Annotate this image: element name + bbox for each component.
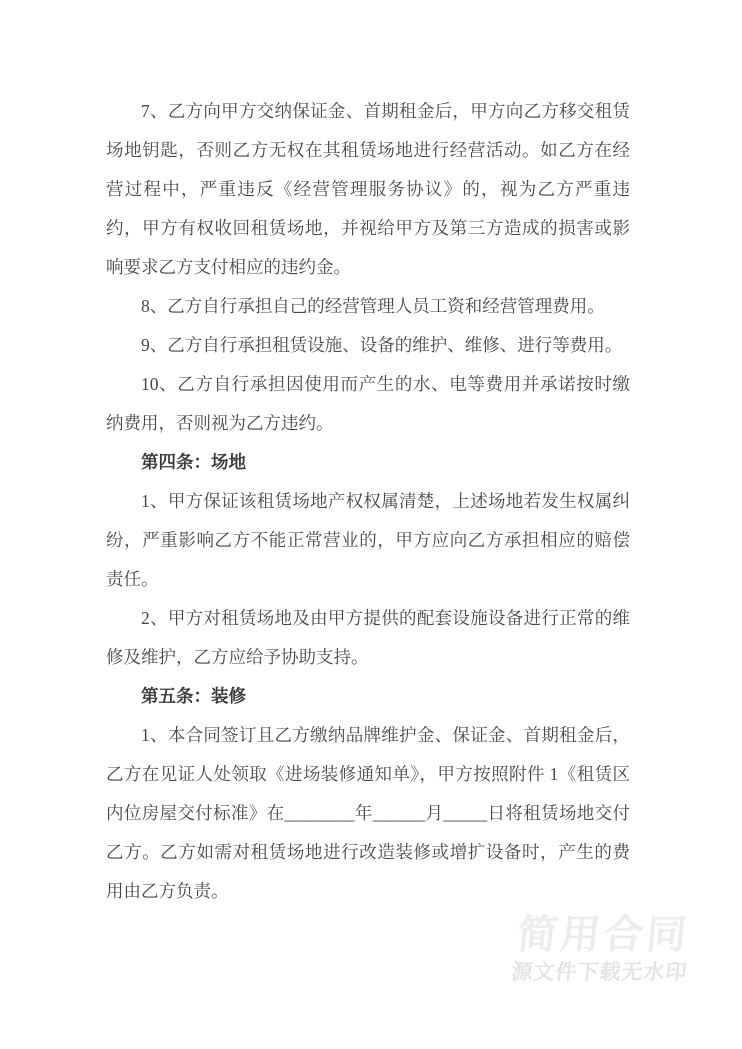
clause-7: 7、乙方向甲方交纳保证金、首期租金后，甲方向乙方移交租赁场地钥匙，否则乙方无权在… [106,92,630,287]
clause-10: 10、乙方自行承担因使用而产生的水、电等费用并承诺按时缴纳费用，否则视为乙方违约… [106,365,630,443]
clause-9: 9、乙方自行承担租赁设施、设备的维护、维修、进行等费用。 [106,326,630,365]
clause-8: 8、乙方自行承担自己的经营管理人员工资和经营管理费用。 [106,287,630,326]
contract-body: 7、乙方向甲方交纳保证金、首期租金后，甲方向乙方移交租赁场地钥匙，否则乙方无权在… [106,92,630,911]
heading-article-5: 第五条：装修 [106,677,630,716]
article4-clause-2: 2、甲方对租赁场地及由甲方提供的配套设施设备进行正常的维修及维护，乙方应给予协助… [106,599,630,677]
watermark: 简用合同 源文件下载无水印 [498,912,706,985]
article4-clause-1: 1、甲方保证该租赁场地产权权属清楚，上述场地若发生权属纠纷，严重影响乙方不能正常… [106,482,630,599]
article5-clause-1: 1、本合同签订且乙方缴纳品牌维护金、保证金、首期租金后，乙方在见证人处领取《进场… [106,716,630,911]
watermark-subtitle: 源文件下载无水印 [498,961,701,985]
watermark-logo-text: 简用合同 [501,912,706,958]
heading-article-4: 第四条：场地 [106,443,630,482]
contract-page: 7、乙方向甲方交纳保证金、首期租金后，甲方向乙方移交租赁场地钥匙，否则乙方无权在… [0,0,742,1049]
